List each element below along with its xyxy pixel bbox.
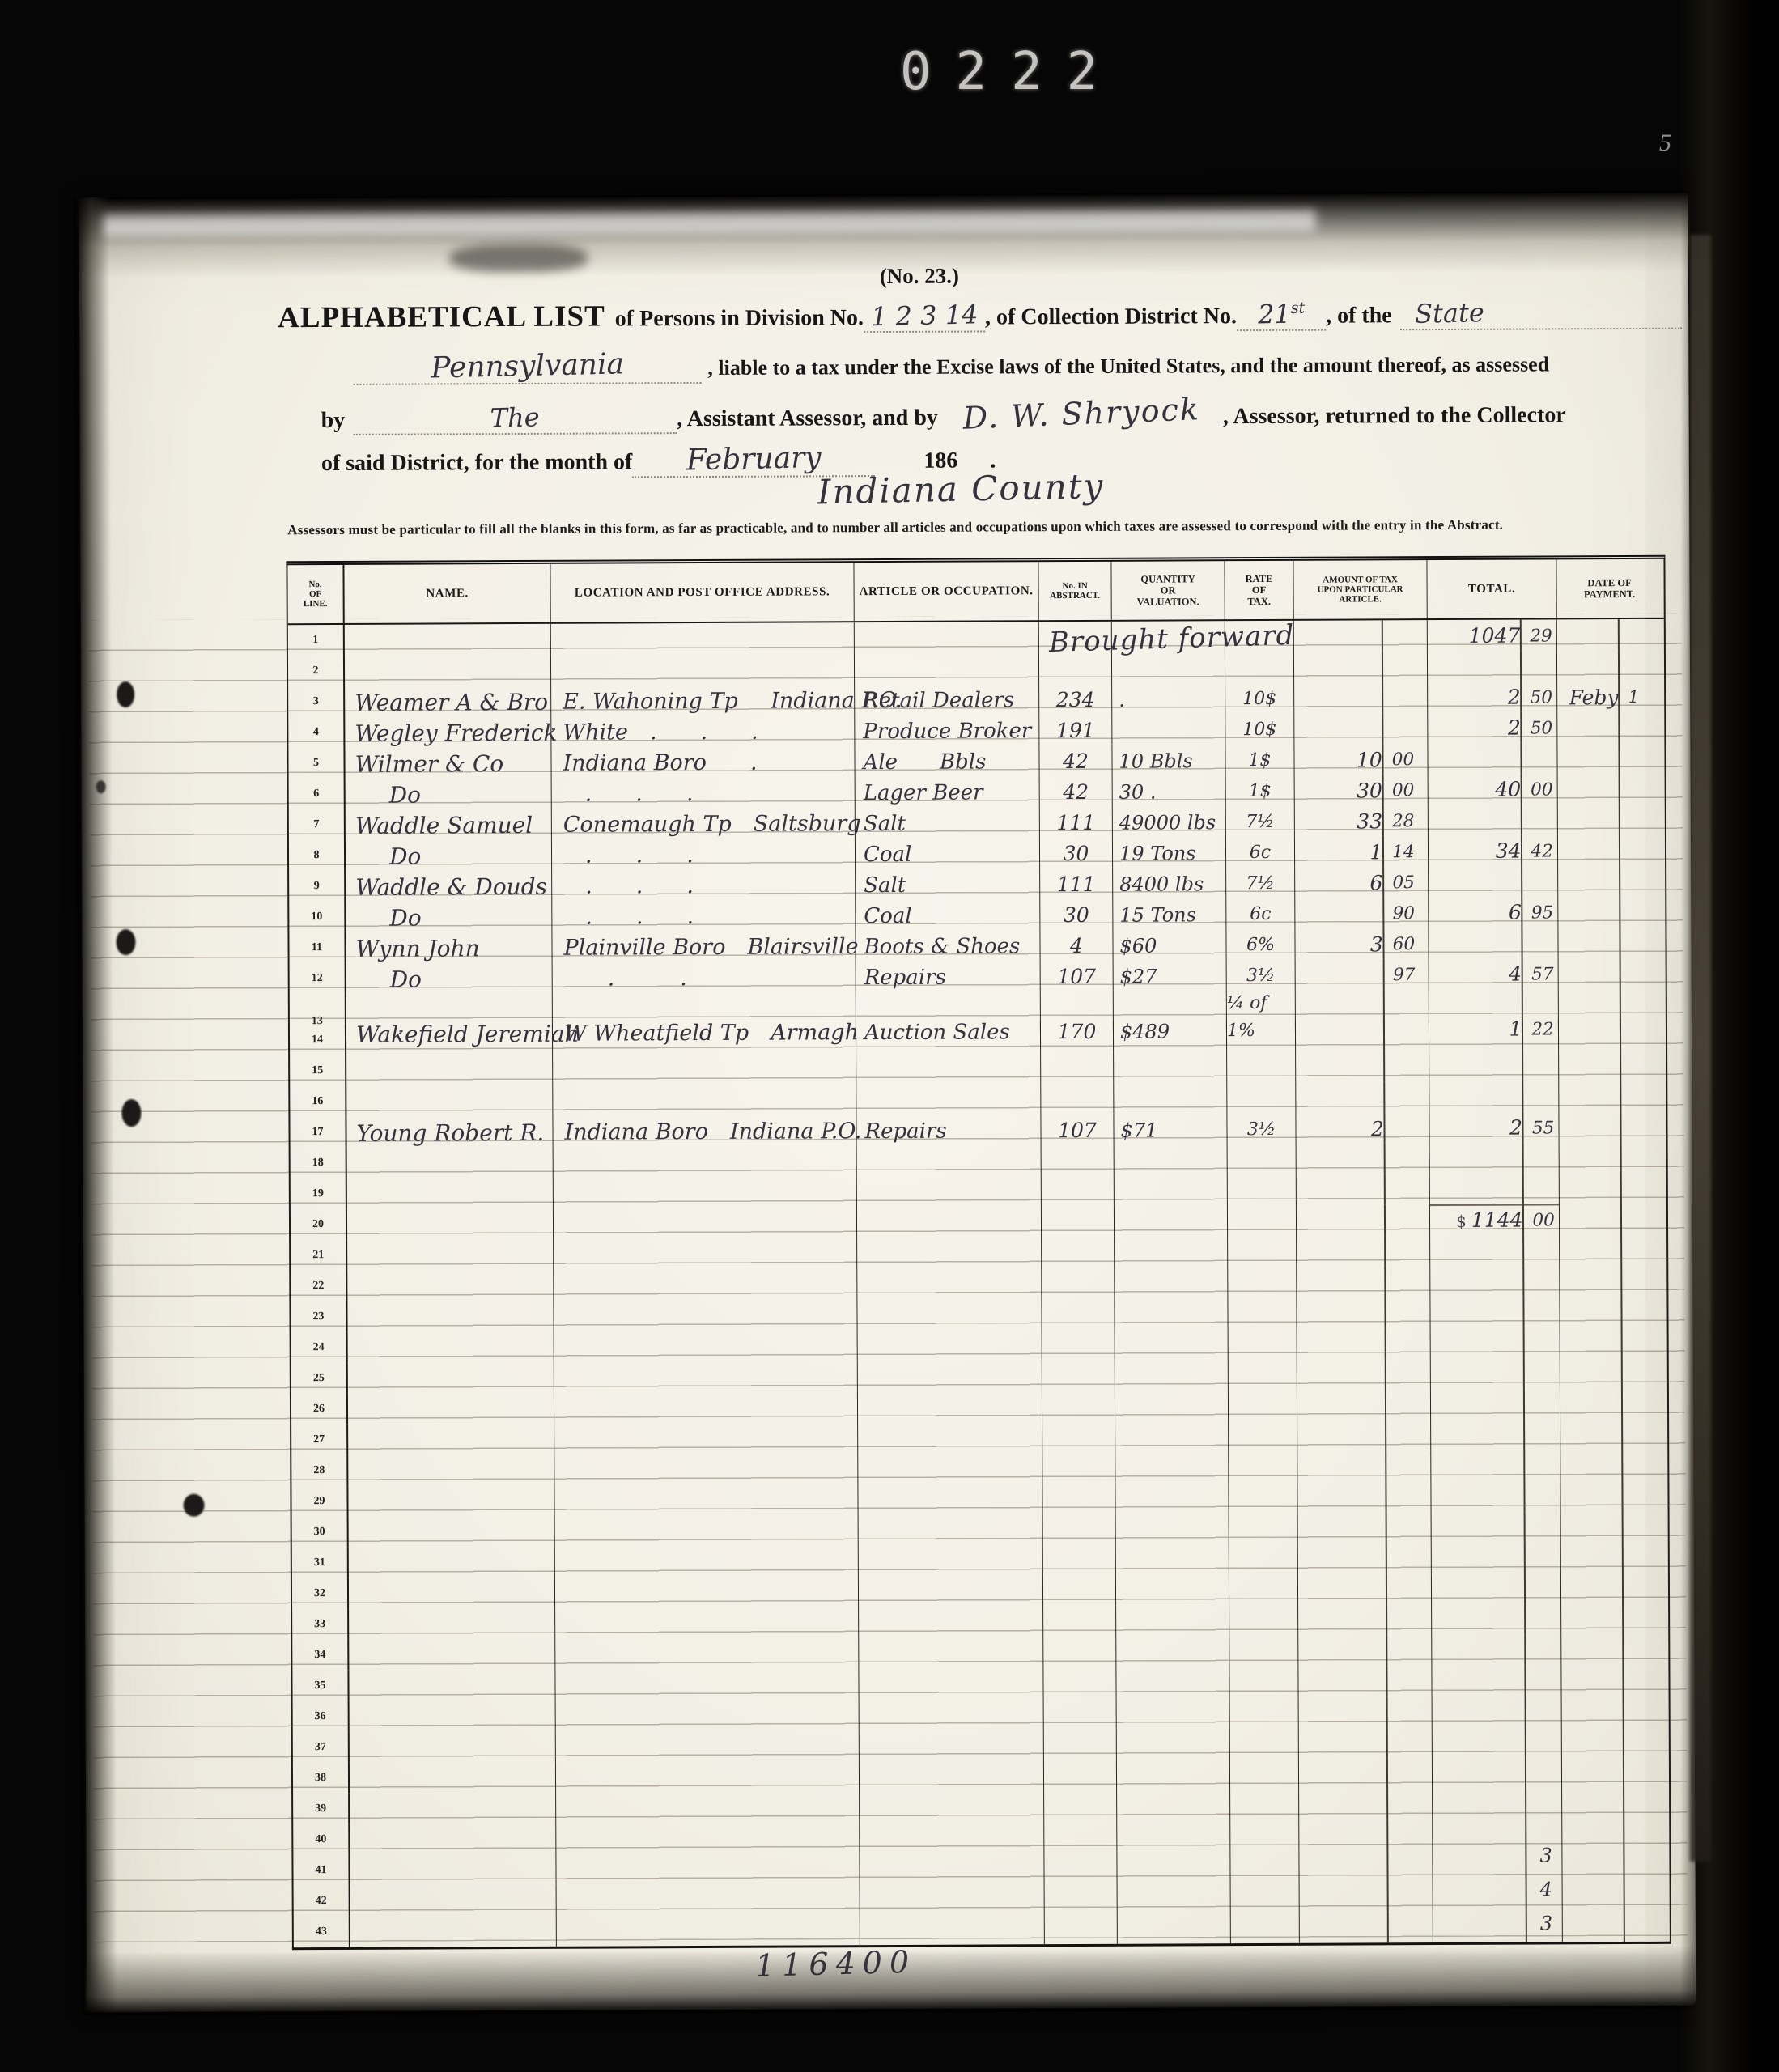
line-number: 20 xyxy=(291,1209,347,1240)
rate-cell xyxy=(1229,1574,1298,1605)
location-cell xyxy=(554,1391,858,1424)
abstract-no-cell xyxy=(1042,1298,1115,1329)
page-edge-highlight xyxy=(1690,235,1711,1862)
rate-cell: 6c xyxy=(1226,836,1295,867)
amount-cell xyxy=(1298,1512,1432,1543)
total-cell xyxy=(1431,1327,1560,1358)
assessor-signature: D. W. Shryock xyxy=(962,391,1201,435)
line-number: 33 xyxy=(292,1609,349,1640)
location-cell: . . . xyxy=(552,838,856,870)
date-of-payment-cell xyxy=(1561,1665,1666,1696)
amount-cell xyxy=(1299,1727,1433,1759)
line-number: 31 xyxy=(292,1548,349,1578)
abstract-no-cell xyxy=(1041,1083,1114,1114)
rate-cell: 7½ xyxy=(1226,805,1295,836)
quantity-cell xyxy=(1115,1482,1229,1514)
date-of-payment-cell xyxy=(1559,957,1664,989)
name-cell xyxy=(349,1547,555,1578)
total-cell xyxy=(1432,1603,1561,1635)
quantity-cell: . xyxy=(1112,682,1225,714)
line-number: 15 xyxy=(290,1055,346,1086)
abstract-no-cell xyxy=(1042,1144,1115,1175)
line-number: 5 xyxy=(288,748,345,779)
rate-cell xyxy=(1231,1882,1300,1913)
location-cell xyxy=(555,1637,859,1670)
total-cell xyxy=(1428,742,1557,774)
rate-cell xyxy=(1230,1697,1299,1728)
article-cell xyxy=(855,622,1039,653)
date-of-payment-cell xyxy=(1560,1204,1665,1235)
amount-cell: 2 xyxy=(1296,1112,1429,1144)
article-cell xyxy=(859,1575,1043,1607)
assessor-blank: D. W. Shryock xyxy=(948,395,1215,431)
rate-cell xyxy=(1229,1636,1298,1667)
article-cell xyxy=(858,1391,1042,1422)
location-cell: Plainville Boro Blairsville xyxy=(552,930,856,962)
abstract-no-cell: 111 xyxy=(1040,806,1113,837)
location-cell xyxy=(555,1576,859,1608)
quantity-cell: 15 Tons xyxy=(1113,898,1226,929)
article-cell: Coal xyxy=(856,837,1040,868)
date-of-payment-cell xyxy=(1560,1357,1666,1389)
location-cell xyxy=(556,1822,860,1854)
quantity-cell xyxy=(1116,1667,1229,1698)
line-number: 1 xyxy=(288,625,345,656)
date-of-payment-cell xyxy=(1560,1480,1666,1512)
margin-mark-1: 3 xyxy=(1539,1844,1552,1866)
quantity-cell xyxy=(1116,1574,1229,1606)
line-number: 41 xyxy=(293,1855,350,1886)
division-blank: 1 2 3 14 xyxy=(864,299,985,333)
location-cell xyxy=(554,1238,857,1270)
line-number: 34 xyxy=(292,1640,349,1671)
quantity-cell xyxy=(1115,1451,1229,1483)
title-seg4: , of the xyxy=(1326,303,1392,329)
total-cell xyxy=(1429,1081,1559,1112)
total-cell xyxy=(1429,1050,1559,1081)
rate-cell xyxy=(1228,1205,1297,1236)
table-row: 43 xyxy=(294,1911,1670,1947)
line-number: 3 xyxy=(288,686,345,717)
name-cell: Do xyxy=(346,839,552,871)
abstract-no-cell xyxy=(1042,1452,1115,1483)
title-seg3: , of Collection District No. xyxy=(985,304,1237,330)
article-cell xyxy=(859,1544,1043,1576)
abstract-no-cell xyxy=(1042,1267,1115,1298)
date-of-payment-cell xyxy=(1561,1603,1666,1635)
date-of-payment-cell xyxy=(1560,1142,1665,1174)
location-cell: . . . xyxy=(552,776,856,809)
name-cell xyxy=(348,1393,554,1424)
line-number: 35 xyxy=(292,1671,349,1701)
name-cell xyxy=(347,1208,554,1240)
date-of-payment-cell xyxy=(1560,1296,1665,1327)
quantity-cell xyxy=(1117,1790,1230,1821)
line-number: 25 xyxy=(291,1363,348,1394)
location-cell xyxy=(554,1299,857,1331)
header-total: TOTAL. xyxy=(1427,559,1556,618)
name-cell xyxy=(349,1639,555,1671)
abstract-no-cell xyxy=(1042,1421,1115,1452)
amount-cell xyxy=(1298,1604,1432,1636)
location-cell xyxy=(556,1730,860,1762)
rate-cell xyxy=(1229,1482,1297,1513)
quantity-cell xyxy=(1115,1390,1229,1421)
article-cell xyxy=(857,1267,1042,1299)
quantity-cell xyxy=(1118,1913,1231,1944)
total-cell xyxy=(1433,1696,1562,1727)
quantity-cell xyxy=(1115,1236,1228,1267)
header-amount: AMOUNT OF TAX UPON PARTICULAR ARTICLE. xyxy=(1293,560,1427,619)
date-of-payment-cell xyxy=(1559,1111,1664,1143)
date-of-payment-cell xyxy=(1557,650,1662,681)
article-cell xyxy=(857,1206,1042,1238)
amount-cell xyxy=(1297,1358,1431,1390)
location-cell xyxy=(556,1699,860,1731)
date-of-payment-cell xyxy=(1562,1788,1667,1819)
rate-cell: 3½ xyxy=(1227,1113,1296,1144)
quantity-cell xyxy=(1116,1605,1229,1637)
total-cell: 3442 xyxy=(1429,834,1558,866)
amount-cell: 114 xyxy=(1295,835,1429,867)
article-cell xyxy=(856,1021,1041,1053)
line-number: 29 xyxy=(291,1486,348,1517)
ink-blot xyxy=(121,1099,141,1127)
total-cell xyxy=(1429,1019,1559,1051)
amount-cell xyxy=(1297,1450,1431,1482)
name-cell xyxy=(350,1731,556,1763)
location-cell xyxy=(557,1914,860,1947)
amount-cell: 605 xyxy=(1295,866,1429,898)
amount-cell xyxy=(1300,1881,1433,1913)
article-cell xyxy=(860,1698,1044,1730)
total-cell xyxy=(1428,650,1557,681)
quantity-cell xyxy=(1117,1759,1230,1790)
table-header-row: No. OF LINE. NAME. LOCATION AND POST OFF… xyxy=(287,559,1663,625)
name-cell xyxy=(348,1362,554,1394)
quantity-cell xyxy=(1116,1513,1229,1544)
total-cell xyxy=(1431,1419,1560,1450)
article-cell: Salt xyxy=(856,806,1040,838)
abstract-no-cell: 30 xyxy=(1040,898,1113,929)
article-cell: Lager Beer xyxy=(856,775,1040,807)
amount-cell: 97 xyxy=(1296,958,1429,990)
line-number: 16 xyxy=(290,1086,346,1117)
name-cell: Do xyxy=(346,901,552,932)
amount-cell xyxy=(1297,1204,1430,1236)
rate-cell xyxy=(1229,1667,1298,1697)
line-number: 10 xyxy=(289,902,346,932)
county-value: Indiana County xyxy=(775,465,1148,513)
location-cell xyxy=(555,1545,859,1577)
total-cell xyxy=(1431,1480,1560,1512)
name-cell xyxy=(348,1331,554,1363)
date-of-payment-cell xyxy=(1557,742,1662,774)
name-cell: Wegley Frederick xyxy=(345,716,551,748)
total-cell: 255 xyxy=(1429,1111,1559,1143)
assessment-table: No. OF LINE. NAME. LOCATION AND POST OFF… xyxy=(286,555,1671,1950)
total-cell xyxy=(1432,1542,1561,1573)
total-cell xyxy=(1430,1265,1560,1297)
location-cell xyxy=(551,622,855,655)
name-cell xyxy=(346,1085,553,1117)
quantity-cell xyxy=(1115,1205,1228,1237)
abstract-no-cell xyxy=(1044,1821,1117,1852)
header-abstract: No. IN ABSTRACT. xyxy=(1038,562,1111,620)
title-seg2: of Persons in Division No. xyxy=(615,305,864,332)
quantity-cell: 19 Tons xyxy=(1113,836,1226,868)
location-cell xyxy=(557,1883,860,1916)
date-of-payment-cell xyxy=(1563,1880,1668,1912)
rate-cell xyxy=(1230,1759,1299,1790)
rate-cell: 6% xyxy=(1226,928,1295,959)
rate-cell xyxy=(1225,652,1294,682)
name-cell: Weamer A & Bro xyxy=(345,686,551,717)
quantity-cell xyxy=(1117,1851,1230,1883)
location-cell xyxy=(554,1453,858,1485)
date-of-payment-cell xyxy=(1561,1511,1666,1543)
total-cell xyxy=(1433,1757,1562,1789)
name-cell xyxy=(347,1147,554,1178)
name-cell xyxy=(347,1301,554,1332)
quantity-cell: 49000 lbs xyxy=(1113,805,1226,837)
abstract-no-cell xyxy=(1043,1514,1116,1544)
quantity-cell xyxy=(1114,1082,1227,1114)
date-of-payment-cell xyxy=(1560,1450,1666,1481)
article-cell xyxy=(858,1329,1042,1361)
article-cell xyxy=(858,1421,1042,1453)
state-value: Pennsylvania xyxy=(431,347,624,384)
quantity-cell: 8400 lbs xyxy=(1113,867,1226,898)
article-cell: Boots & Shoes xyxy=(856,929,1040,961)
month-value: February xyxy=(686,441,822,478)
name-cell xyxy=(349,1516,555,1548)
amount-cell xyxy=(1297,1143,1430,1174)
total-cell xyxy=(1430,1234,1560,1266)
name-cell xyxy=(349,1608,555,1640)
quantity-cell xyxy=(1115,1328,1229,1360)
district-value: 21st xyxy=(1257,298,1305,329)
abstract-no-cell: 191 xyxy=(1039,714,1112,745)
date-of-payment-cell xyxy=(1557,711,1662,743)
abstract-no-cell xyxy=(1041,1021,1114,1052)
name-cell xyxy=(345,655,551,686)
state-word-blank: State xyxy=(1400,297,1682,331)
header-name: NAME. xyxy=(344,564,550,623)
date-of-payment-cell xyxy=(1558,834,1663,866)
name-cell xyxy=(350,1885,557,1917)
location-cell xyxy=(551,653,855,686)
amount-cell xyxy=(1297,1420,1431,1451)
amount-cell xyxy=(1297,1266,1430,1297)
article-cell xyxy=(858,1360,1042,1391)
abstract-no-cell xyxy=(1042,1483,1115,1514)
name-cell: Wilmer & Co xyxy=(345,747,551,779)
total-cell: 250 xyxy=(1428,711,1557,743)
date-of-payment-cell xyxy=(1562,1849,1667,1881)
rate-cell xyxy=(1228,1267,1297,1297)
name-cell xyxy=(349,1577,555,1609)
title-main: ALPHABETICAL LIST xyxy=(278,299,605,336)
location-cell xyxy=(556,1760,860,1793)
name-cell xyxy=(346,1055,553,1086)
quantity-cell xyxy=(1116,1543,1229,1575)
name-cell xyxy=(349,1670,555,1701)
abstract-no-cell xyxy=(1043,1637,1116,1667)
rate-cell xyxy=(1229,1390,1297,1420)
name-cell xyxy=(347,1239,554,1271)
rate-cell xyxy=(1229,1513,1298,1543)
line-number: 37 xyxy=(293,1732,350,1763)
total-cell xyxy=(1431,1388,1560,1420)
abstract-no-cell xyxy=(1042,1391,1115,1421)
ink-blot xyxy=(183,1494,204,1517)
article-cell xyxy=(859,1606,1043,1637)
location-cell xyxy=(554,1176,857,1208)
quantity-cell: $60 xyxy=(1113,928,1226,960)
rate-cell xyxy=(1227,1051,1296,1082)
total-cell: 4000 xyxy=(1429,773,1558,805)
line-number: 40 xyxy=(293,1824,350,1855)
line-number: 14 xyxy=(290,1025,346,1055)
article-cell: Ale Bbls xyxy=(855,745,1039,776)
amount-cell xyxy=(1296,1051,1429,1082)
date-of-payment-cell xyxy=(1562,1757,1667,1789)
location-cell: Indiana Boro . xyxy=(551,745,855,778)
heading-line-1: ALPHABETICAL LIST of Persons in Division… xyxy=(278,295,1654,335)
location-cell xyxy=(554,1207,857,1239)
assistant-assessor-blank: The xyxy=(353,401,677,435)
article-cell xyxy=(856,1083,1041,1115)
name-cell xyxy=(345,624,551,656)
total-cell xyxy=(1430,1296,1560,1327)
amount-cell: 1000 xyxy=(1294,743,1428,775)
quantity-cell: $71 xyxy=(1114,1113,1227,1144)
date-of-payment-cell xyxy=(1560,1327,1666,1358)
amount-cell xyxy=(1298,1635,1432,1667)
rate-cell xyxy=(1228,1297,1297,1328)
amount-cell: 90 xyxy=(1295,897,1429,928)
line-number: 36 xyxy=(293,1701,350,1732)
total-cell: 695 xyxy=(1429,896,1558,928)
abstract-no-cell: 42 xyxy=(1040,775,1113,806)
date-of-payment-cell xyxy=(1559,1081,1664,1112)
amount-cell: 3000 xyxy=(1295,774,1429,805)
name-cell: Wynn John xyxy=(346,932,552,963)
date-of-payment-cell xyxy=(1561,1634,1666,1666)
total-cell xyxy=(1431,1357,1560,1389)
location-cell xyxy=(554,1145,857,1178)
abstract-no-cell: 111 xyxy=(1040,868,1113,898)
quantity-cell: $27 xyxy=(1114,959,1227,991)
date-of-payment-cell xyxy=(1558,865,1663,897)
table-body: 1 104729 2 3 Weamer A & Bro E. Wahoning … xyxy=(288,619,1670,1947)
abstract-no-cell: 42 xyxy=(1039,745,1112,775)
title-seg6: , liable to a tax under the Excise laws … xyxy=(707,352,1549,380)
location-cell: . . . xyxy=(552,899,856,932)
total-cell xyxy=(1433,1726,1562,1758)
name-cell xyxy=(350,1762,556,1794)
line-number: 11 xyxy=(289,932,346,963)
article-cell xyxy=(859,1667,1043,1699)
location-cell xyxy=(554,1330,858,1362)
rate-cell: 1$ xyxy=(1225,744,1294,775)
date-of-payment-cell xyxy=(1558,927,1663,958)
abstract-no-cell xyxy=(1042,1175,1115,1206)
line-number: 6 xyxy=(289,779,346,809)
title-seg8: , Assistant Assessor, and by xyxy=(677,405,938,432)
line-number: 26 xyxy=(291,1394,348,1424)
amount-cell xyxy=(1300,1912,1433,1943)
date-of-payment-cell: Feby1 xyxy=(1557,681,1662,712)
name-cell: Do xyxy=(346,962,553,994)
total-cell xyxy=(1432,1665,1561,1696)
amount-cell xyxy=(1297,1297,1430,1328)
abstract-no-cell: 4 xyxy=(1040,929,1113,960)
quantity-cell xyxy=(1114,1021,1227,1052)
article-cell xyxy=(857,1144,1042,1176)
line-number: 9 xyxy=(289,871,346,902)
state-word-value: State xyxy=(1414,297,1484,329)
quantity-cell: 10 Bbls xyxy=(1112,744,1225,775)
name-cell xyxy=(348,1454,554,1486)
line-number: 12 xyxy=(290,963,346,994)
article-cell xyxy=(860,1760,1044,1791)
abstract-no-cell xyxy=(1044,1852,1117,1883)
date-of-payment-cell xyxy=(1563,1911,1668,1942)
location-cell: Indiana Boro Indiana P.O. xyxy=(553,1115,856,1147)
header-quantity: QUANTITY OR VALUATION. xyxy=(1111,561,1225,620)
quantity-cell xyxy=(1115,1297,1228,1329)
amount-cell xyxy=(1297,1327,1431,1359)
ink-blot xyxy=(116,929,135,955)
amount-cell xyxy=(1297,1389,1431,1420)
date-of-payment-cell xyxy=(1558,896,1663,928)
name-cell: Do xyxy=(346,778,552,809)
scan-bottom-shadow xyxy=(85,1946,1697,2016)
name-cell xyxy=(348,1424,554,1455)
district-blank: 21st xyxy=(1237,299,1326,331)
location-cell: . . xyxy=(553,961,856,993)
name-cell xyxy=(347,1178,554,1209)
line-number: 23 xyxy=(291,1301,347,1332)
abstract-no-cell xyxy=(1042,1237,1115,1267)
location-cell xyxy=(554,1484,858,1516)
article-cell xyxy=(858,1452,1042,1484)
abstract-no-cell xyxy=(1042,1206,1115,1237)
rate-cell xyxy=(1228,1236,1297,1267)
abstract-no-cell xyxy=(1042,1360,1115,1391)
title-seg7: by xyxy=(321,408,346,434)
total-cell: $114400 xyxy=(1430,1204,1560,1235)
abstract-no-cell xyxy=(1044,1760,1117,1790)
rate-cell xyxy=(1229,1605,1298,1636)
amount-cell xyxy=(1298,1666,1432,1697)
location-cell: Conemaugh Tp Saltsburg xyxy=(552,807,856,839)
line-number: 22 xyxy=(291,1271,347,1301)
location-cell: E. Wahoning Tp Indiana P.O. xyxy=(551,684,855,716)
line-number: 42 xyxy=(294,1886,350,1917)
rate-cell: 10$ xyxy=(1225,713,1294,744)
quantity-cell xyxy=(1112,713,1225,745)
article-cell xyxy=(857,1175,1042,1207)
abstract-no-cell xyxy=(1042,1329,1115,1360)
amount-cell xyxy=(1299,1758,1433,1790)
scanned-document: 0222 5 (No. 23.) ALPHABETICAL LIST of Pe… xyxy=(0,0,1779,2072)
date-of-payment-cell xyxy=(1560,1388,1666,1420)
line-number: 17 xyxy=(290,1117,346,1148)
abstract-no-cell xyxy=(1045,1883,1118,1913)
